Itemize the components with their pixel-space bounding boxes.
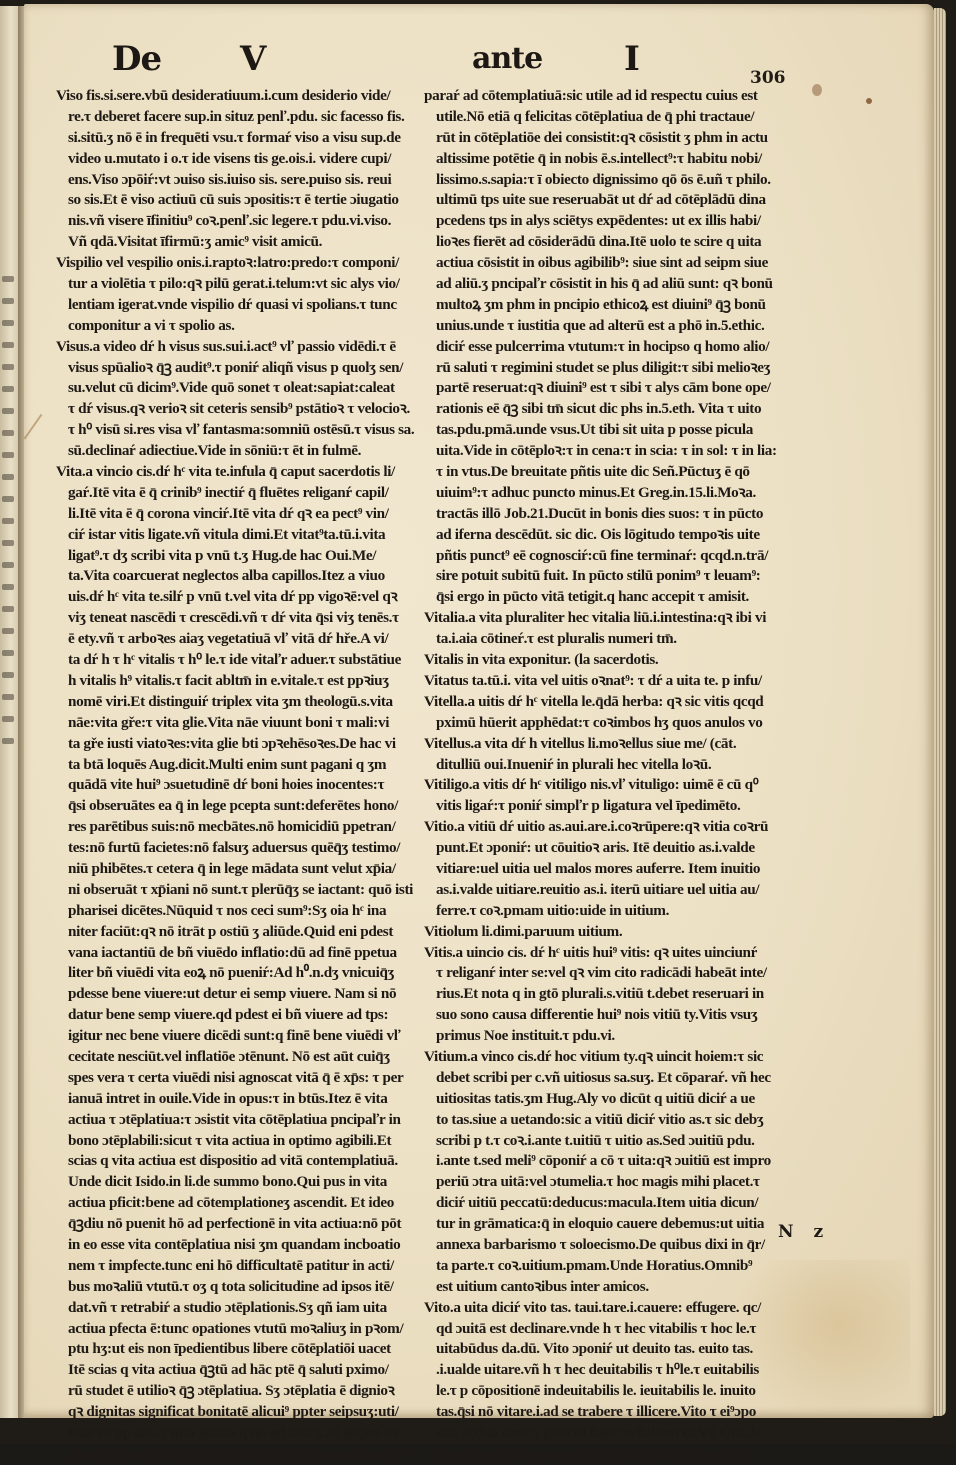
text-line: actiua cōsistit in oibus agibilib⁹: siue… (424, 253, 826, 274)
dictionary-entry: Visus.a video dŕ h visus sus.sui.i.act⁹ … (56, 337, 432, 462)
text-line: Unde dicit Isido.in li.de summo bono.Qui… (56, 1172, 432, 1193)
dictionary-entry: Vitiligo.a vitis dŕ hᶜ vitiligo nis.vľ v… (424, 775, 826, 817)
text-line: rationis eē q̄ꝫ sibi tm̄ sicut dic phs i… (424, 399, 826, 420)
text-line: sū.declinaŕ adiectiue.Vide in sōniū:τ ēt… (56, 441, 432, 462)
text-line: i.ante t.sed meli⁹ cōponiŕ a cō τ uita:q… (424, 1151, 826, 1172)
text-line: ferre.τ coꝛ.pmam uitio:uide in uitium. (424, 901, 826, 922)
text-line: Vitio.a vitiū dŕ uitio as.aui.are.i.coꝛr… (424, 817, 826, 838)
dictionary-entry: Vispilio vel vespilio onis.i.raptoꝛ:latr… (56, 253, 432, 337)
text-line: uiuim⁹:τ adhuc puncto minus.Et Greg.in.1… (424, 483, 826, 504)
text-line: ditulliū oui.Inueniŕ in plurali hec vite… (424, 755, 826, 776)
text-line: tas.q̄si nō vitare.i.ad se trabere τ ill… (424, 1402, 826, 1423)
text-line: vitis ligaŕ:τ poniŕ simpľr p ligatura ve… (424, 796, 826, 817)
text-line: tes:nō furtū facietes:nō falsuʒ aduersus… (56, 838, 432, 859)
folio-number: 306 (750, 68, 786, 88)
text-line: ta parte.τ coꝛ.uitium.pmam.Unde Horatius… (424, 1256, 826, 1277)
running-head-ante: ante (472, 42, 542, 76)
text-line: res parētibus suis:nō mecbātes.nō homici… (56, 817, 432, 838)
text-line: uitiositas tatis.ʒm Hug.Aly vo dicūt q u… (424, 1089, 826, 1110)
text-line: ta gře iusti viatoꝛes:vita glie bti ɔpꝛe… (56, 734, 432, 755)
text-line: ultimū tps uite sue reseruabāt ut dŕ ad … (424, 190, 826, 211)
left-text-column: Viso fis.si.sere.vbū desideratiuum.i.cum… (56, 86, 432, 1444)
right-text-column: paraŕ ad cōtemplatiuā:sic utile ad id re… (424, 86, 826, 1444)
text-line: vitiare:uel uitia uel malos mores auferr… (424, 859, 826, 880)
text-line: bus moꝛaliū vtutū.τ oʒ q tota solicitudi… (56, 1277, 432, 1298)
text-line: quādā vite hui⁹ ɔsuetudinē dŕ boni hoies… (56, 775, 432, 796)
text-line: liter bñ viuēdi vita eoꝝ nō pueniŕ:Ad h⁰… (56, 963, 432, 984)
text-line: Vitalia.a vita pluraliter hec vitalia li… (424, 608, 826, 629)
running-head-letter-v: V (240, 42, 265, 76)
text-line: dat.vñ τ retrabiŕ a studio ɔtēplationis.… (56, 1298, 432, 1319)
text-line: spes vera τ certa viuēdi nisi agnoscat v… (56, 1068, 432, 1089)
text-line: scribi p t.τ coꝛ.i.ante t.uitiū τ uitio … (424, 1131, 826, 1152)
text-line: Itē scias q vita actiua q̄ꝫtū ad hāc ptē… (56, 1360, 432, 1381)
text-line: pharisei dicētes.Nūquid τ nos ceci sum⁹:… (56, 901, 432, 922)
text-line: Vitalis in vita exponitur. (la sacerdoti… (424, 650, 826, 671)
text-line: nāe:vita gře:τ vita glie.Vita nāe viuunt… (56, 713, 432, 734)
text-line: si.sitū.ʒ nō ē in frequēti vsu.τ formaŕ … (56, 128, 432, 149)
text-line: punt.Et ɔponiŕ: ut cōuitioꝛ aris. Itē de… (424, 838, 826, 859)
text-line: lentiam igerat.vnde vispilio dŕ quasi vi… (56, 295, 432, 316)
text-line: su.velut cū dicim⁹.Vide quō sonet τ olea… (56, 378, 432, 399)
dictionary-entry: Vitatus ta.tū.i. vita vel uitis oꝛnat⁹: … (424, 671, 826, 692)
text-line: Vitium.a vinco cis.dŕ hoc vitium ty.qꝛ u… (424, 1047, 826, 1068)
text-line: ta.Vita coarcuerat neglectos alba capill… (56, 566, 432, 587)
text-line: nis.vñ visere īfinitiu⁹ coꝛ.penľ.sic leg… (56, 211, 432, 232)
text-line: suo sono causa differentie hui⁹ nois vit… (424, 1005, 826, 1026)
text-line: ad aliū.ʒ pncipaľr cōsistit in his q̄ ad… (424, 274, 826, 295)
dictionary-entry: Vitella.a uitis dŕ hᶜ vitella le.q̄dā he… (424, 692, 826, 734)
text-line: ni obseruāt τ xp̄iani nō sunt.τ plerūq̄ʒ… (56, 880, 432, 901)
ink-spot (866, 98, 872, 104)
text-line: Vita.a vincio cis.dŕ hᶜ vita te.infula q… (56, 462, 432, 483)
dictionary-entry: Vitium.a vinco cis.dŕ hoc vitium ty.qꝛ u… (424, 1047, 826, 1298)
text-line: ianuā intret in ouile.Vide in opus:τ in … (56, 1089, 432, 1110)
text-line: scias q vita actiua est dispositio ad vi… (56, 1151, 432, 1172)
text-line: τ h⁰ visū si.res visa vľ fantasma:somniū… (56, 420, 432, 441)
text-line: bono ɔtēplabili:sicut τ vita actiua in o… (56, 1131, 432, 1152)
dictionary-entry: Vitellus.a vita dŕ h vitellus li.moꝛellu… (424, 734, 826, 776)
text-line: nem τ impfecte.tunc eni hō difficultatē … (56, 1256, 432, 1277)
text-line: uis.dŕ hᶜ vita te.silŕ p vnū t.vel vita … (56, 587, 432, 608)
text-line: ta btā loquēs Aug.dicit.Multi enim sunt … (56, 755, 432, 776)
dictionary-entry: Vitiolum li.dimi.paruum uitium. (424, 922, 826, 943)
text-line: periū ɔtra uitā:vel ɔtumelia.τ hoc magis… (424, 1172, 826, 1193)
text-line: Vispilio vel vespilio onis.i.raptoꝛ:latr… (56, 253, 432, 274)
dictionary-entry: Vitio.a vitiū dŕ uitio as.aui.are.i.coꝛr… (424, 817, 826, 921)
text-line: h vitalis h⁹ vitalis.τ facit abltm̄ in e… (56, 671, 432, 692)
text-line: partē reseruat:qꝛ diuini⁹ est τ sibi τ a… (424, 378, 826, 399)
text-line: re.τ deberet facere sup.in situz penľ.pd… (56, 107, 432, 128)
text-line: unius.unde τ iustitia que ad alterū est … (424, 316, 826, 337)
text-line: tractās illō Job.21.Ducūt in bonis dies … (424, 504, 826, 525)
text-line: ta.i.aia cōtineŕ.τ est pluralis numeri t… (424, 629, 826, 650)
text-line: qꝛ dignitas significat bonitatē alicui⁹ … (56, 1402, 432, 1423)
text-line: ligat⁹.τ dʒ scribi vita p vnū t.ʒ Hug.de… (56, 546, 432, 567)
text-line: niū phibētes.τ cetera q̄ in lege mādata … (56, 859, 432, 880)
text-line: Vitiolum li.dimi.paruum uitium. (424, 922, 826, 943)
text-line: paraŕ ad cōtemplatiuā:sic utile ad id re… (424, 86, 826, 107)
dictionary-entry: Vita.a vincio cis.dŕ hᶜ vita te.infula q… (56, 462, 432, 1444)
running-head-de: De (112, 42, 161, 76)
text-line: utile.Nō etiā q felicitas cōtēplatiua de… (424, 107, 826, 128)
text-line: diciŕ esse pulcerrima vtutum:τ in hocips… (424, 337, 826, 358)
text-line: τ religanŕ inter se:vel qꝛ vim cito radi… (424, 963, 826, 984)
text-line: litas vo pp aliū.ʒ uita actiua q̄ nō ad … (56, 1423, 432, 1444)
text-line: debet scribi per c.vñ uitiosus sa.suʒ. E… (424, 1068, 826, 1089)
text-line: cecitate nesciūt.vel inflatiōe ɔtēnunt. … (56, 1047, 432, 1068)
text-line: video u.mutato i o.τ ide visens tis ge.o… (56, 149, 432, 170)
text-line: as.i.valde uitiare.reuitio as.i. iterū u… (424, 880, 826, 901)
dictionary-entry: Vitis.a uincio cis. dŕ hᶜ uitis hui⁹ vit… (424, 943, 826, 1047)
text-line: actiua τ ɔtēplatiua:τ ɔsistit vita cōtēp… (56, 1110, 432, 1131)
text-line: sire potuit subitū fuit. In pūcto stilū … (424, 566, 826, 587)
text-line: lissimo.s.sapia:τ ī obiecto dignissimo q… (424, 170, 826, 191)
dictionary-entry: Vitalis in vita exponitur. (la sacerdoti… (424, 650, 826, 671)
text-line: rius.Et nota q in gtō plurali.s.vitiū t.… (424, 984, 826, 1005)
text-line: sita actiua sunt:τ pducūt hanc syllabam … (424, 1423, 826, 1444)
text-line: Visus.a video dŕ h visus sus.sui.i.act⁹ … (56, 337, 432, 358)
text-line: ptu hʒ:ut eis non īpedientibus libere cō… (56, 1339, 432, 1360)
text-line: ta dŕ h τ hᶜ vitalis τ h⁰ le.τ ide vitaľ… (56, 650, 432, 671)
text-line: to tas.siue a uetando:sic a vitiū diciŕ … (424, 1110, 826, 1131)
text-line: actiua pficit:bene ad cōtemplationeʒ asc… (56, 1193, 432, 1214)
text-line: rū studet ē utilioꝛ q̄ꝫ ɔtēplatiua. Sʒ ɔ… (56, 1381, 432, 1402)
text-line: multoꝝ ʒm phm in pncipio ethicoꝝ est diu… (424, 295, 826, 316)
text-line: tur a violētia τ pilo:qꝛ pilū gerat.i.te… (56, 274, 432, 295)
text-line: Vitis.a uincio cis. dŕ hᶜ uitis hui⁹ vit… (424, 943, 826, 964)
text-line: diciŕ uitiū peccatū:deducus:macula.Item … (424, 1193, 826, 1214)
text-line: τ in vtus.De breuitate pñtis uite dic Se… (424, 462, 826, 483)
running-head: De V ante I (0, 42, 956, 82)
text-line: niter faciūt:qꝛ nō itrāt p ostiū ʒ aliūd… (56, 922, 432, 943)
running-head-letter-i: I (624, 42, 639, 76)
text-line: datur bene semp viuere.qd pdest ei bñ vi… (56, 1005, 432, 1026)
text-line: igitur nec bene viuere dicēdi sunt:q fin… (56, 1026, 432, 1047)
text-line: pcedens tps in alys sciētys expēdentes: … (424, 211, 826, 232)
text-line: Vitella.a uitis dŕ hᶜ vitella le.q̄dā he… (424, 692, 826, 713)
text-line: viʒ teneat nascēdi τ crescēdi.vñ τ dŕ vi… (56, 608, 432, 629)
text-line: so sis.Et ē viso actiuū cū suis ɔpositis… (56, 190, 432, 211)
page-stack-edge (934, 8, 946, 1416)
text-line: altissime potētie q̄ in nobis ē.s.intell… (424, 149, 826, 170)
text-line: uitabūdus da.dū. Vito ɔponiŕ ut deuito t… (424, 1339, 826, 1360)
dictionary-entry: Vitalia.a vita pluraliter hec vitalia li… (424, 608, 826, 650)
text-line: uita.Vide in cōtēploꝛ:τ in cena:τ in sci… (424, 441, 826, 462)
text-line: rū saluti τ regimini studet se plus dili… (424, 358, 826, 379)
text-line: Vito.a uita diciŕ vito tas. taui.tare.i.… (424, 1298, 826, 1319)
text-line: τ dŕ visus.qꝛ verioꝛ sit ceteris sensib⁹… (56, 399, 432, 420)
gathering-signature: N z (778, 1222, 823, 1242)
text-line: lioꝛes fierēt ad cōsiderādū dina.Itē uol… (424, 232, 826, 253)
text-line: in eo esse vita contēplatiua nisi ʒm qua… (56, 1235, 432, 1256)
text-line: Vitellus.a vita dŕ h vitellus li.moꝛellu… (424, 734, 826, 755)
text-line: .i.ualde uitare.vñ h τ hec deuitabilis τ… (424, 1360, 826, 1381)
text-line: visus spūalioꝛ q̄ꝫ audit⁹.τ poniŕ aliqñ … (56, 358, 432, 379)
dictionary-entry: Vito.a uita diciŕ vito tas. taui.tare.i.… (424, 1298, 826, 1444)
text-line: ē ety.vñ τ arboꝛes aiaʒ vegetatiuā vľ vi… (56, 629, 432, 650)
text-line: rūt in cōtēplatiōe dei consistit:qꝛ cōsi… (424, 128, 826, 149)
text-line: componitur a vi τ spolio as. (56, 316, 432, 337)
text-line: gaŕ.Itē vita ē q̄ crinib⁹ inectiŕ q̄ flu… (56, 483, 432, 504)
text-line: ad iferna descēdūt. sic dic. Ois lōgitud… (424, 525, 826, 546)
text-line: li.Itē vita ē q̄ corona vinciŕ.Itē vita … (56, 504, 432, 525)
text-line: actiua pfecta ē:tunc opationes vtutū moꝛ… (56, 1319, 432, 1340)
text-line: tur in grāmatica:q̄ in eloquio cauere de… (424, 1214, 826, 1235)
text-line: annexa barbarismo τ soloecismo.De quibus… (424, 1235, 826, 1256)
text-line: pñtis punct⁹ eē cognosciŕ:cū fine termin… (424, 546, 826, 567)
text-line: q̄si obseruātes ea q̄ in lege pcepta sun… (56, 796, 432, 817)
text-line: vana iactantiū de bñ viuēdo inflatio:dū … (56, 943, 432, 964)
text-line: Vitatus ta.tū.i. vita vel uitis oꝛnat⁹: … (424, 671, 826, 692)
text-line: tas.pdu.pmā.unde vsus.Ut tibi sit uita p… (424, 420, 826, 441)
text-line: pximū hūerit apphēdat:τ coꝛimbos hʒ quos… (424, 713, 826, 734)
text-line: est uitium cantoꝛibus inter amicos. (424, 1277, 826, 1298)
text-line: pdesse bene viuere:ut detur ei semp viue… (56, 984, 432, 1005)
text-line: qd ɔuitā est declinare.vnde h τ hec vita… (424, 1319, 826, 1340)
previous-page-edge (0, 6, 18, 1418)
text-line: le.τ p cōpositionē indeuitabilis le. ieu… (424, 1381, 826, 1402)
text-line: Vitiligo.a vitis dŕ hᶜ vitiligo nis.vľ v… (424, 775, 826, 796)
text-line: q̄si ergo in pūcto vitā tetigit.q hanc a… (424, 587, 826, 608)
text-line: Vñ qdā.Visitat īfirmū:ʒ amic⁹ visit amic… (56, 232, 432, 253)
text-line: ciŕ istar vitis ligate.vñ vitula dimi.Et… (56, 525, 432, 546)
text-line: nomē viri.Et distinguiŕ triplex vita ʒm … (56, 692, 432, 713)
text-line: q̄ꝫdiu nō puenit hō ad perfectionē in vi… (56, 1214, 432, 1235)
dictionary-entry: paraŕ ad cōtemplatiuā:sic utile ad id re… (424, 86, 826, 608)
text-line: primus Noe instituit.τ pdu.vi. (424, 1026, 826, 1047)
text-line: ens.Viso ɔpōiŕ:vt ɔuiso sis.iuiso sis. s… (56, 170, 432, 191)
dictionary-entry: Viso fis.si.sere.vbū desideratiuum.i.cum… (56, 86, 432, 253)
text-line: Viso fis.si.sere.vbū desideratiuum.i.cum… (56, 86, 432, 107)
